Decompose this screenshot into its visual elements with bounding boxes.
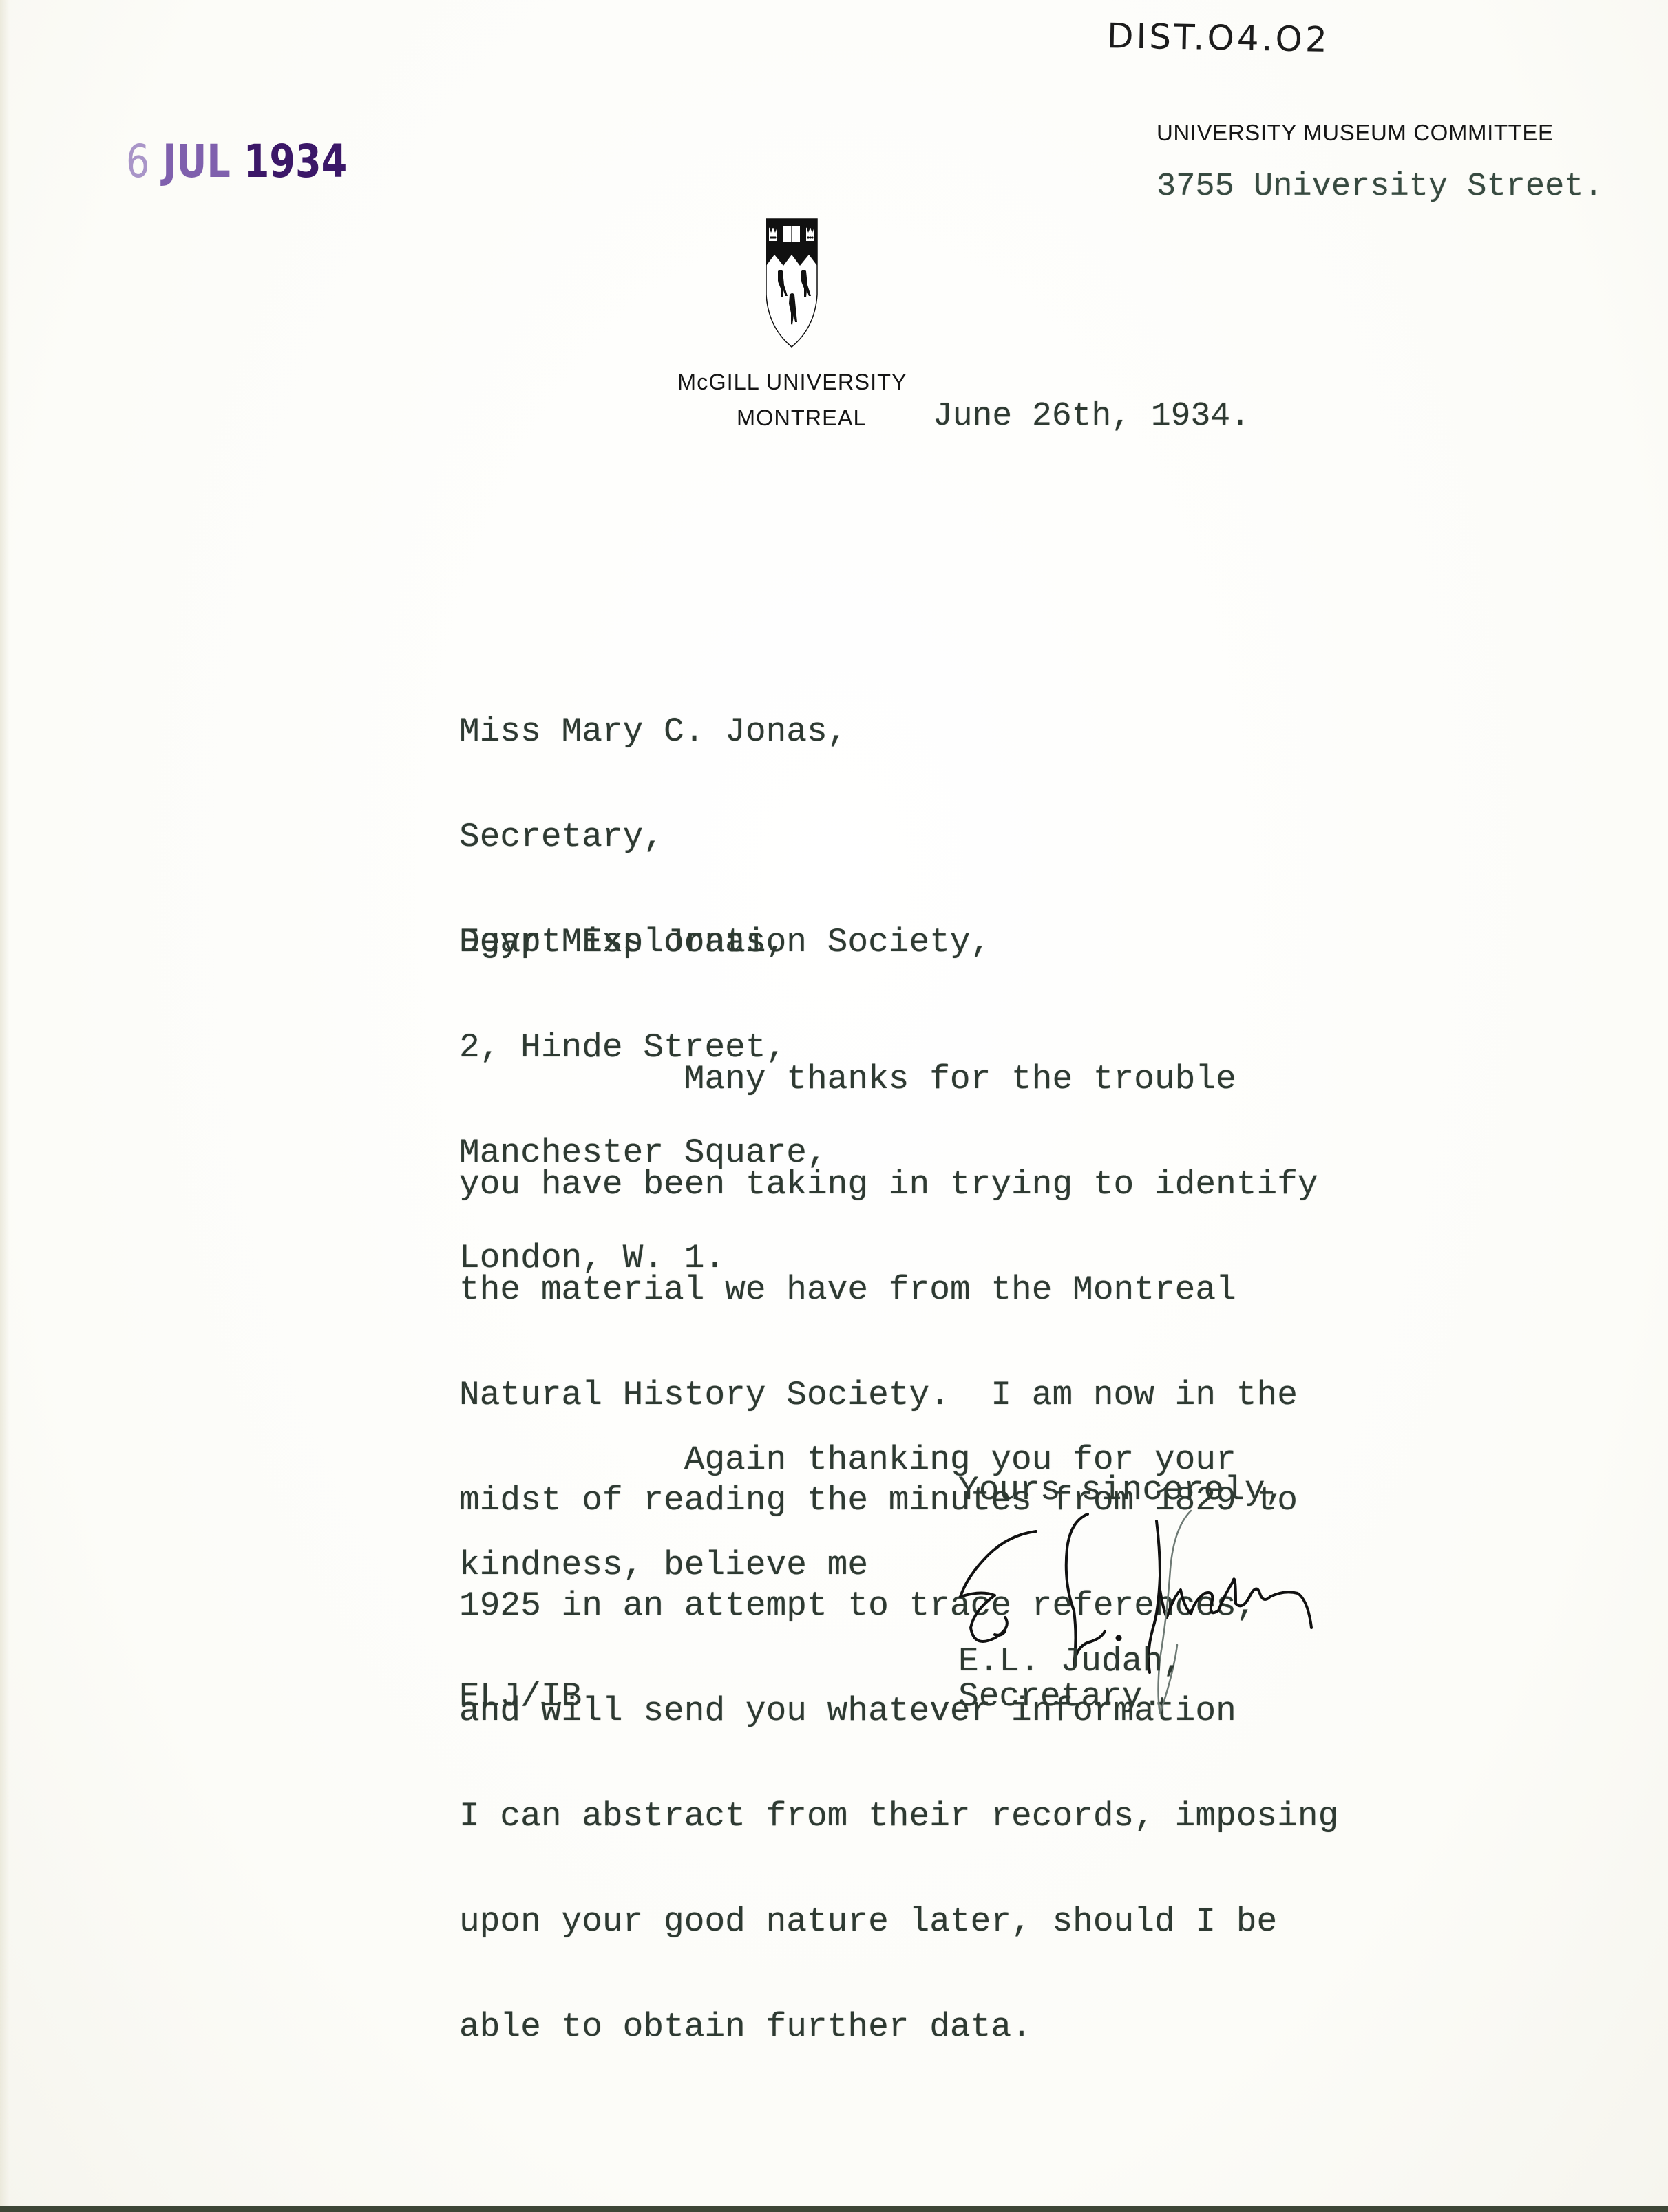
address-line: Secretary, [459, 820, 991, 855]
stamp-year: 1934 [244, 135, 348, 188]
signer-name: E.L. Judah, [958, 1644, 1183, 1679]
body-line: I can abstract from their records, impos… [459, 1799, 1338, 1834]
body-line: Many thanks for the trouble [459, 1062, 1338, 1097]
letter-page: DIST.O4.O2 6 JUL 1934 UNIVERSITY MUSEUM … [0, 0, 1668, 2212]
stamp-month: JUL [162, 135, 231, 188]
salutation: Dear Miss Jonas, [459, 925, 786, 960]
address-line: Miss Mary C. Jonas, [459, 714, 991, 749]
body-line: you have been taking in trying to identi… [459, 1167, 1338, 1202]
body-line: the material we have from the Montreal [459, 1273, 1338, 1308]
valediction: Yours sincerely, [958, 1473, 1285, 1508]
letterhead-university: McGILL UNIVERSITY [677, 370, 907, 395]
archive-reference: DIST.O4.O2 [1107, 16, 1331, 60]
letterhead-committee: UNIVERSITY MUSEUM COMMITTEE [1157, 120, 1554, 146]
paper-edge-shadow [0, 0, 10, 2212]
stamp-day: 6 [126, 135, 149, 188]
mcgill-crest-icon [766, 217, 818, 348]
letterhead-street: 3755 University Street. [1157, 169, 1603, 204]
letter-date: June 26th, 1934. [933, 399, 1250, 434]
signer-title: Secretary. [958, 1679, 1163, 1714]
body-line: able to obtain further data. [459, 2010, 1338, 2045]
reference-initials: ELJ/IB [459, 1679, 582, 1714]
body-line: upon your good nature later, should I be [459, 1904, 1338, 1939]
letterhead-city: MONTREAL [737, 405, 867, 431]
scan-bottom-edge [0, 2206, 1668, 2212]
received-date-stamp: 6 JUL 1934 [126, 135, 347, 188]
